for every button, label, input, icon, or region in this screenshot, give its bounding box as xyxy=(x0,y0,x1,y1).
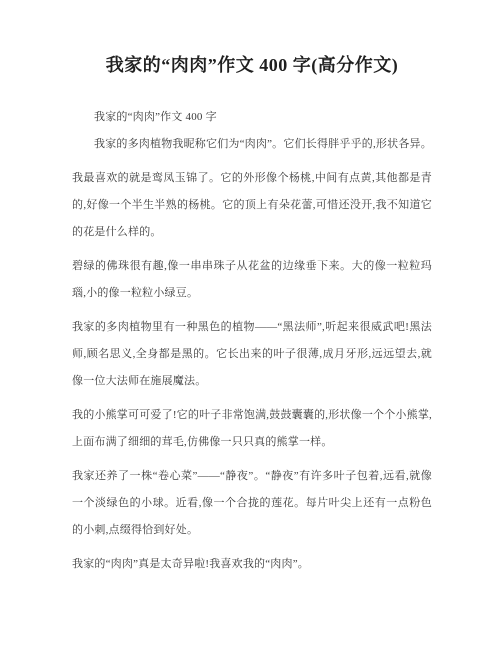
document-page: 我家的“肉肉”作文 400 字(高分作文) 我家的“肉肉”作文 400 字 我家… xyxy=(0,0,500,647)
essay-paragraph-5: 我家还养了一株“卷心菜”——“静夜”。“静夜”有许多叶子包着,远看,就像一个淡绿… xyxy=(72,463,432,544)
essay-paragraph-3: 我家的多肉植物里有一种黑色的植物——“黑法师”,听起来很威武吧!黑法师,顾名思义… xyxy=(72,314,432,395)
essay-paragraph-1: 我最喜欢的就是鸾凤玉锦了。它的外形像个杨桃,中间有点黄,其他都是青的,好像一个半… xyxy=(72,165,432,246)
subtitle-line: 我家的“肉肉”作文 400 字 xyxy=(72,104,432,131)
intro-paragraph: 我家的多肉植物我昵称它们为“肉肉”。它们长得胖乎乎的,形状各异。 xyxy=(72,131,432,158)
essay-paragraph-2: 碧绿的佛珠很有趣,像一串串珠子从花盆的边缘垂下来。大的像一粒粒玛瑙,小的像一粒粒… xyxy=(72,253,432,307)
page-title: 我家的“肉肉”作文 400 字(高分作文) xyxy=(72,52,432,78)
essay-paragraph-4: 我的小熊掌可可爱了!它的叶子非常饱满,鼓鼓囊囊的,形状像一个个小熊掌,上面布满了… xyxy=(72,402,432,456)
essay-paragraph-6: 我家的“肉肉”真是太奇异啦!我喜欢我的“肉肉”。 xyxy=(72,551,432,578)
